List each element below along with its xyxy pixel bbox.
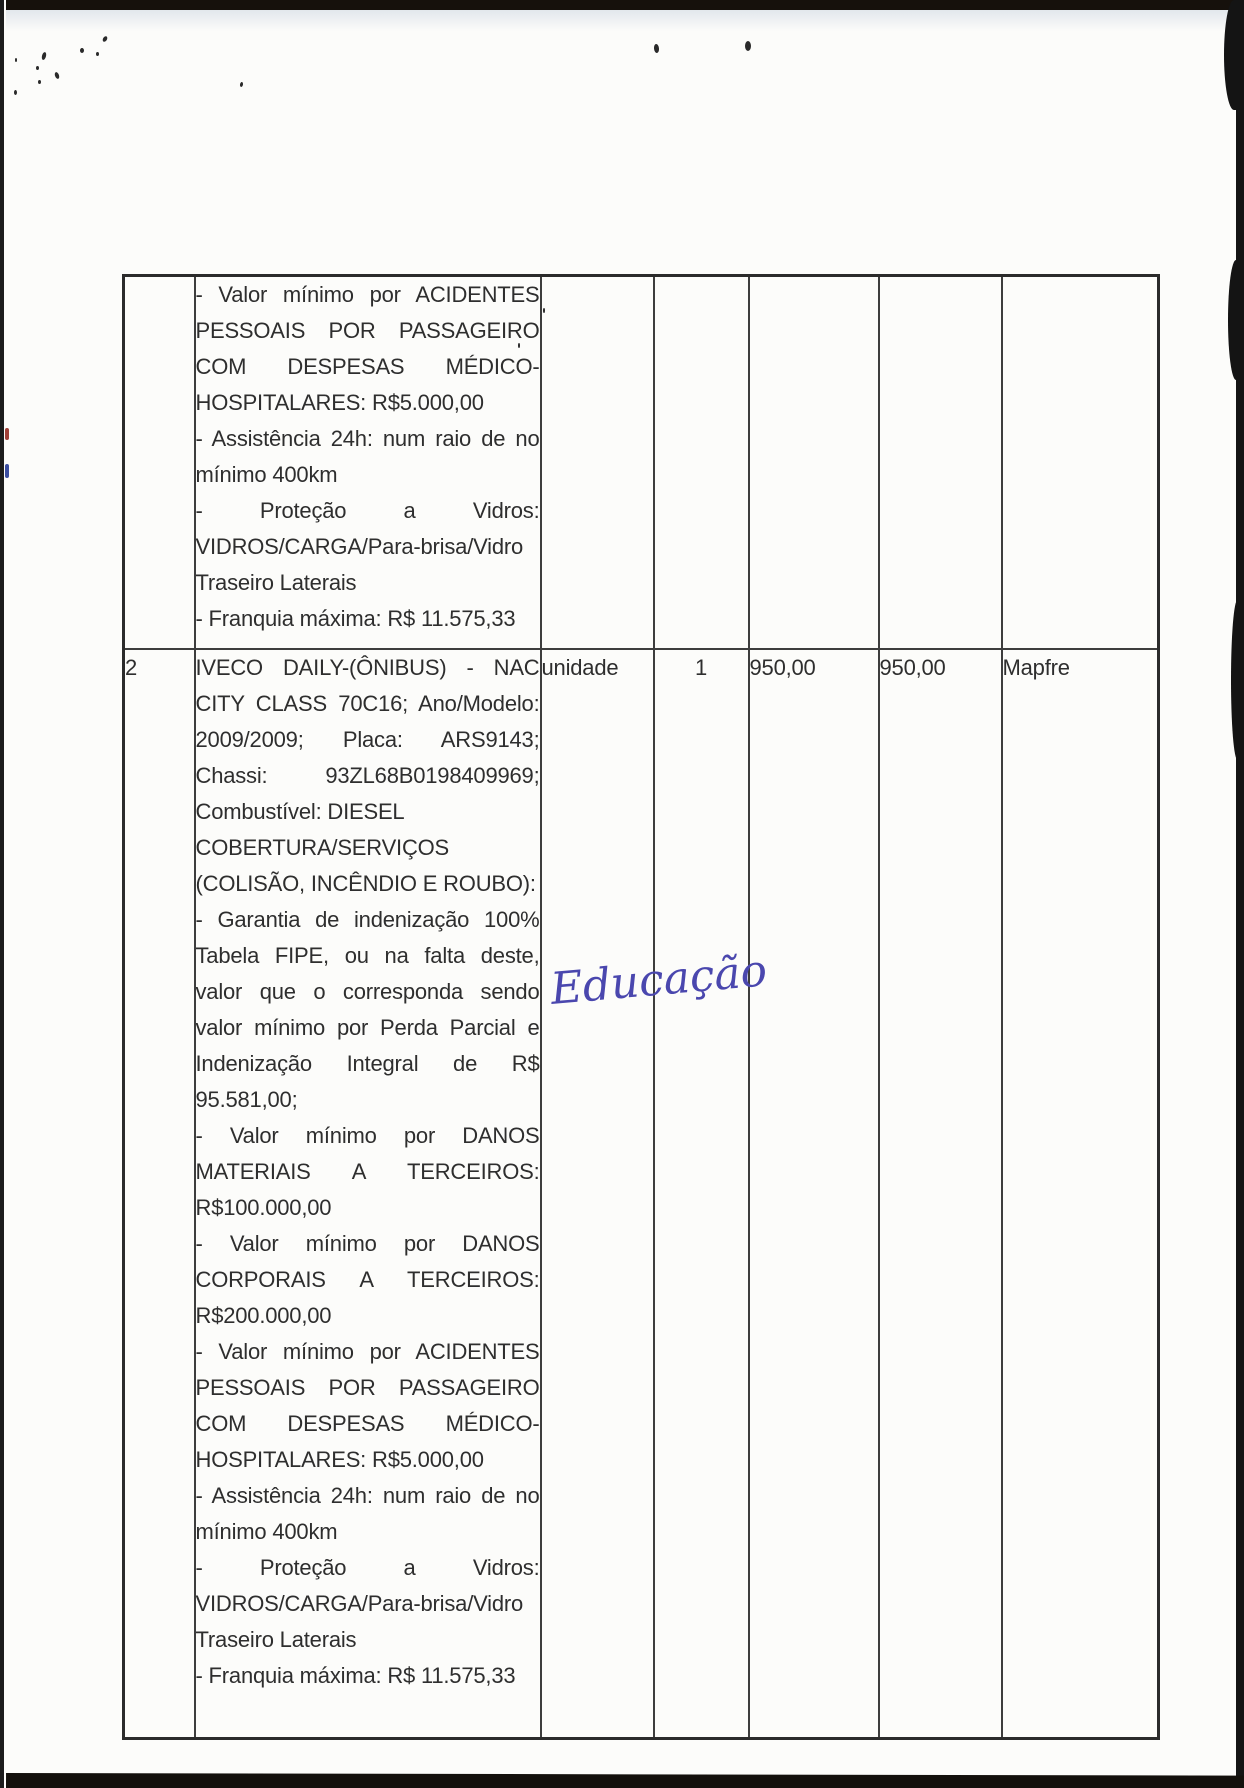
scan-edge-left-strip bbox=[0, 0, 4, 1788]
insurance-quote-table: - Valor mínimo por ACIDENTES PESSOAIS PO… bbox=[122, 274, 1160, 1740]
description-paragraph: IVECO DAILY-(ÔNIBUS) - NAC CITY CLASS 70… bbox=[196, 650, 540, 830]
total-price-cell bbox=[879, 276, 1002, 650]
scan-color-fringe-blue bbox=[5, 464, 9, 478]
description-paragraph: - Assistência 24h: num raio de no mínimo… bbox=[196, 421, 540, 493]
total-price-cell: 950,00 bbox=[879, 649, 1002, 1739]
description-paragraph: COBERTURA/SERVIÇOS (COLISÃO, INCÊNDIO E … bbox=[196, 830, 540, 902]
scan-color-fringe-red bbox=[5, 428, 9, 440]
description-paragraph: - Valor mínimo por ACIDENTES PESSOAIS PO… bbox=[196, 1334, 540, 1478]
scan-edge-blotch bbox=[1224, 0, 1244, 110]
description-paragraph: - Proteção a Vidros: VIDROS/CARGA/Para-b… bbox=[196, 493, 540, 601]
scanned-document-page: - Valor mínimo por ACIDENTES PESSOAIS PO… bbox=[0, 0, 1244, 1788]
ink-speck bbox=[80, 48, 84, 53]
table-row-item-2: 2 IVECO DAILY-(ÔNIBUS) - NAC CITY CLASS … bbox=[124, 649, 1159, 1739]
scan-edge-bottom-bar bbox=[6, 1773, 1244, 1788]
unit-cell bbox=[541, 276, 654, 650]
description-cell: IVECO DAILY-(ÔNIBUS) - NAC CITY CLASS 70… bbox=[195, 649, 541, 1739]
ink-speck bbox=[745, 41, 751, 51]
ink-speck bbox=[14, 90, 17, 95]
quantity-cell: 1 bbox=[654, 649, 749, 1739]
ink-speck bbox=[38, 80, 41, 84]
ink-speck bbox=[54, 72, 60, 80]
scan-shadow-band bbox=[6, 10, 1244, 34]
unit-cell: unidade bbox=[541, 649, 654, 1739]
ink-speck bbox=[240, 82, 244, 87]
ink-speck bbox=[102, 35, 108, 42]
unit-price-cell bbox=[749, 276, 879, 650]
scan-edge-blotch bbox=[1231, 600, 1244, 760]
ink-speck bbox=[654, 44, 660, 53]
item-cell bbox=[124, 276, 195, 650]
description-paragraph: - Valor mínimo por ACIDENTES PESSOAIS PO… bbox=[196, 277, 540, 421]
description-paragraph: - Proteção a Vidros: VIDROS/CARGA/Para-b… bbox=[196, 1550, 540, 1658]
item-cell: 2 bbox=[124, 649, 195, 1739]
description-paragraph: - Garantia de indenização 100% Tabela FI… bbox=[196, 902, 540, 1118]
ink-speck bbox=[15, 58, 17, 62]
description-paragraph: - Franquia máxima: R$ 11.575,33 bbox=[196, 1658, 540, 1694]
unit-price-cell: 950,00 bbox=[749, 649, 879, 1739]
table-row-continuation: - Valor mínimo por ACIDENTES PESSOAIS PO… bbox=[124, 276, 1159, 650]
description-paragraph: - Valor mínimo por DANOS CORPORAIS A TER… bbox=[196, 1226, 540, 1334]
description-cell: - Valor mínimo por ACIDENTES PESSOAIS PO… bbox=[195, 276, 541, 650]
quantity-cell bbox=[654, 276, 749, 650]
scan-edge-top-bar bbox=[6, 0, 1244, 10]
insurer-cell bbox=[1002, 276, 1159, 650]
description-paragraph: - Franquia máxima: R$ 11.575,33 bbox=[196, 601, 540, 637]
ink-speck bbox=[41, 52, 47, 61]
ink-speck bbox=[96, 52, 99, 56]
insurer-cell: Mapfre bbox=[1002, 649, 1159, 1739]
scan-edge-blotch bbox=[1228, 260, 1244, 380]
item-number: 2 bbox=[125, 655, 137, 680]
description-paragraph: - Valor mínimo por DANOS MATERIAIS A TER… bbox=[196, 1118, 540, 1226]
ink-speck bbox=[36, 66, 39, 70]
description-paragraph: - Assistência 24h: num raio de no mínimo… bbox=[196, 1478, 540, 1550]
